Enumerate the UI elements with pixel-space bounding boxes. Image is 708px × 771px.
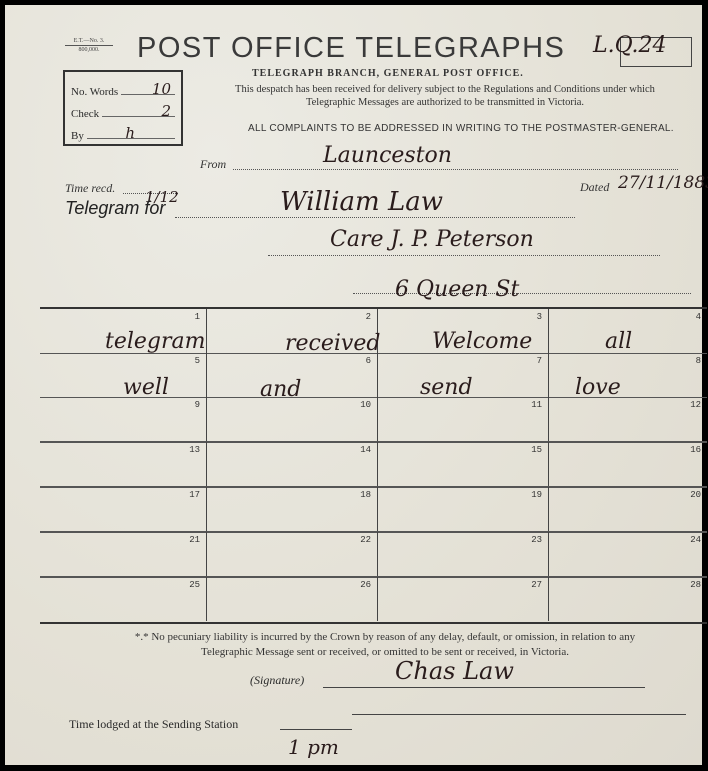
form-title: POST OFFICE TELEGRAPHS bbox=[137, 32, 565, 65]
grid-cell: 25 bbox=[40, 577, 207, 621]
no-words-row: No. Words 10 bbox=[71, 76, 175, 98]
signature-line bbox=[323, 687, 645, 688]
cell-number: 24 bbox=[690, 535, 701, 545]
cell-number: 2 bbox=[366, 312, 371, 322]
grid-cell: 16 bbox=[549, 442, 707, 486]
message-word: all bbox=[605, 329, 632, 354]
signature-label: (Signature) bbox=[250, 673, 304, 688]
grid-cell: 22 bbox=[207, 532, 378, 576]
recipient-line-2 bbox=[268, 255, 660, 256]
recipient-care: Care J. P. Peterson bbox=[330, 227, 534, 252]
telegram-form: E.T.—No. 3. 800,000. POST OFFICE TELEGRA… bbox=[5, 5, 702, 765]
signature-line-2 bbox=[352, 714, 686, 715]
cell-number: 12 bbox=[690, 400, 701, 410]
grid-cell: 13 bbox=[40, 442, 207, 486]
liability-line-2: Telegraphic Message sent or received, or… bbox=[65, 645, 705, 660]
grid-cell: 24 bbox=[549, 532, 707, 576]
cell-number: 3 bbox=[537, 312, 542, 322]
cell-number: 22 bbox=[360, 535, 371, 545]
cell-number: 9 bbox=[195, 400, 200, 410]
grid-cell: 28 bbox=[549, 577, 707, 621]
grid-cell: 12 bbox=[549, 397, 707, 441]
cell-number: 17 bbox=[189, 490, 200, 500]
cell-number: 23 bbox=[531, 535, 542, 545]
message-word: well bbox=[123, 375, 169, 400]
grid-cell: 18 bbox=[207, 487, 378, 531]
from-value: Launceston bbox=[323, 143, 452, 168]
grid-cell: 17 bbox=[40, 487, 207, 531]
message-grid: 1 2 3 4 5 6 7 8 9 10 11 12 13 14 15 16 1… bbox=[40, 307, 707, 624]
grid-cell: 9 bbox=[40, 397, 207, 441]
cell-number: 27 bbox=[531, 580, 542, 590]
message-word: love bbox=[575, 375, 621, 400]
time-lodged-label: Time lodged at the Sending Station bbox=[69, 717, 238, 732]
cell-number: 6 bbox=[366, 356, 371, 366]
cell-number: 20 bbox=[690, 490, 701, 500]
by-value: h bbox=[125, 124, 135, 142]
cell-number: 5 bbox=[195, 356, 200, 366]
cell-number: 11 bbox=[531, 400, 542, 410]
no-words-value: 10 bbox=[152, 80, 171, 98]
check-value: 2 bbox=[161, 102, 171, 120]
grid-cell: 14 bbox=[207, 442, 378, 486]
by-row: By h bbox=[71, 120, 175, 142]
cell-number: 8 bbox=[696, 356, 701, 366]
check-label: Check bbox=[71, 108, 99, 120]
cell-number: 7 bbox=[537, 356, 542, 366]
cell-number: 16 bbox=[690, 445, 701, 455]
despatch-notice: This despatch has been received for deli… bbox=[195, 83, 695, 109]
no-words-label: No. Words bbox=[71, 86, 118, 98]
cell-number: 18 bbox=[360, 490, 371, 500]
grid-cell: 21 bbox=[40, 532, 207, 576]
cell-number: 19 bbox=[531, 490, 542, 500]
cell-number: 28 bbox=[690, 580, 701, 590]
cell-number: 15 bbox=[531, 445, 542, 455]
grid-row-5: 17 18 19 20 bbox=[40, 487, 707, 533]
message-word: send bbox=[420, 375, 473, 400]
grid-row-3: 9 10 11 12 bbox=[40, 397, 707, 443]
complaints-notice: ALL COMPLAINTS TO BE ADDRESSED IN WRITIN… bbox=[248, 123, 674, 134]
grid-cell: 23 bbox=[378, 532, 549, 576]
recipient-name: William Law bbox=[280, 187, 443, 217]
grid-cell: 8 bbox=[549, 353, 707, 397]
grid-cell: 20 bbox=[549, 487, 707, 531]
form-code: E.T.—No. 3. bbox=[65, 37, 113, 46]
cell-number: 14 bbox=[360, 445, 371, 455]
cell-number: 21 bbox=[189, 535, 200, 545]
despatch-line-2: Telegraphic Messages are authorized to b… bbox=[195, 96, 695, 109]
cell-number: 10 bbox=[360, 400, 371, 410]
recipient-street: 6 Queen St bbox=[395, 277, 519, 302]
grid-cell: 10 bbox=[207, 397, 378, 441]
dated-value: 27/11/1883 bbox=[618, 173, 708, 193]
cell-number: 13 bbox=[189, 445, 200, 455]
grid-cell: 27 bbox=[378, 577, 549, 621]
despatch-line-1: This despatch has been received for deli… bbox=[195, 83, 695, 96]
grid-row-4: 13 14 15 16 bbox=[40, 442, 707, 488]
from-label: From bbox=[200, 157, 226, 172]
grid-cell: 15 bbox=[378, 442, 549, 486]
message-word: and bbox=[260, 377, 301, 402]
time-lodged-line bbox=[280, 729, 352, 730]
grid-cell: 26 bbox=[207, 577, 378, 621]
grid-row-6: 21 22 23 24 bbox=[40, 532, 707, 578]
dated-label: Dated bbox=[580, 180, 609, 195]
check-row: Check 2 bbox=[71, 98, 175, 120]
form-number: E.T.—No. 3. 800,000. bbox=[65, 37, 113, 54]
time-received-label: Time recd. bbox=[65, 181, 115, 196]
grid-cell: 19 bbox=[378, 487, 549, 531]
by-label: By bbox=[71, 130, 84, 142]
cell-number: 1 bbox=[195, 312, 200, 322]
cell-number: 4 bbox=[696, 312, 701, 322]
serial-handwritten: L.Q.24 bbox=[593, 33, 667, 58]
from-line bbox=[233, 169, 678, 170]
form-subtitle: TELEGRAPH BRANCH, GENERAL POST OFFICE. bbox=[252, 68, 524, 79]
signature-value: Chas Law bbox=[395, 657, 514, 685]
words-box: No. Words 10 Check 2 By h bbox=[63, 70, 183, 146]
grid-cell: 11 bbox=[378, 397, 549, 441]
cell-number: 26 bbox=[360, 580, 371, 590]
message-word: received bbox=[285, 331, 380, 356]
time-lodged-value: 1 pm bbox=[288, 735, 339, 759]
recipient-line-1 bbox=[175, 217, 575, 218]
print-run: 800,000. bbox=[65, 46, 113, 54]
message-word: Welcome bbox=[432, 329, 532, 354]
telegram-for-label: Telegram for bbox=[65, 198, 165, 219]
liability-notice: *.* No pecuniary liability is incurred b… bbox=[65, 630, 705, 660]
grid-row-7: 25 26 27 28 bbox=[40, 577, 707, 621]
message-word: telegram bbox=[105, 329, 206, 354]
liability-line-1: *.* No pecuniary liability is incurred b… bbox=[65, 630, 705, 645]
cell-number: 25 bbox=[189, 580, 200, 590]
